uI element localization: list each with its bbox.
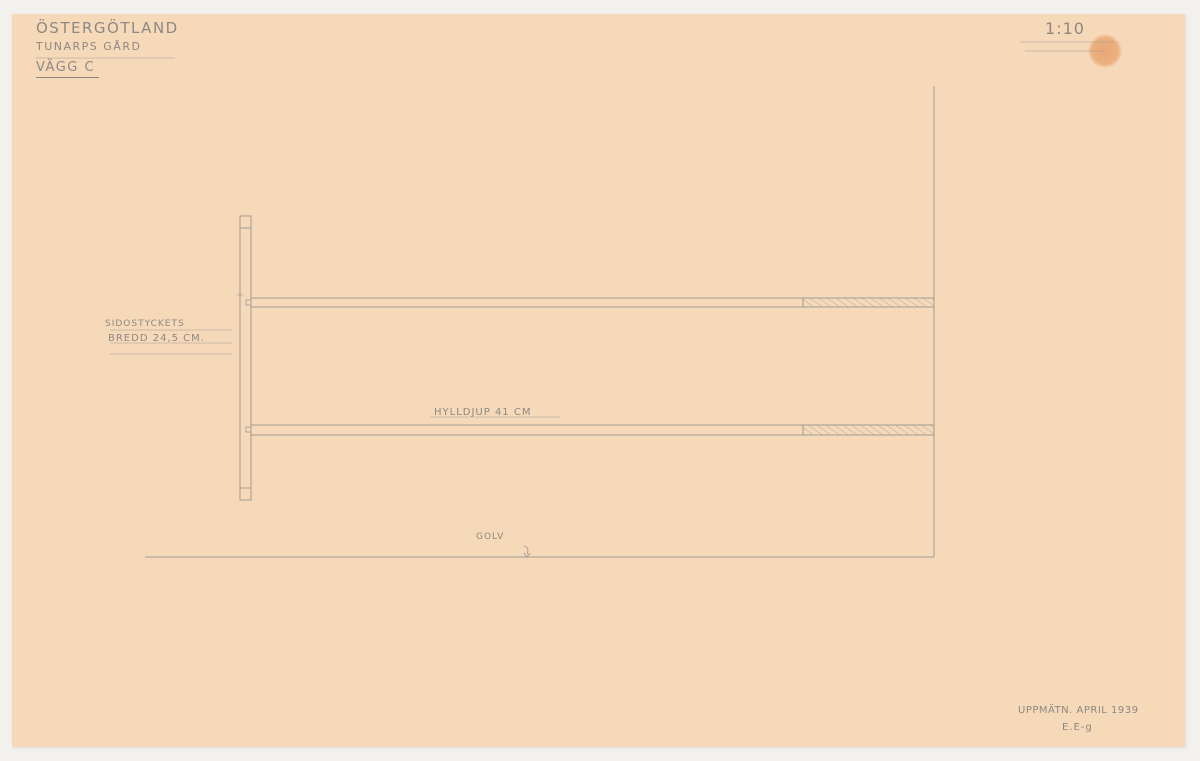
drafter-initials-label: E.E-g [1062, 722, 1093, 733]
lower-shelf [246, 425, 934, 435]
shelf-depth-label: HYLLDJUP 41 CM [434, 407, 531, 418]
side-piece-label: SIDOSTYCKETS [105, 319, 185, 329]
upper-shelf [246, 298, 934, 307]
shelf-elevation-drawing [0, 0, 1200, 761]
side-piece [237, 216, 251, 500]
side-piece-width-label: BREDD 24,5 CM. [108, 333, 205, 344]
measured-date-label: UPPMÄTN. APRIL 1939 [1018, 705, 1139, 716]
floor-label: GOLV [476, 532, 504, 542]
